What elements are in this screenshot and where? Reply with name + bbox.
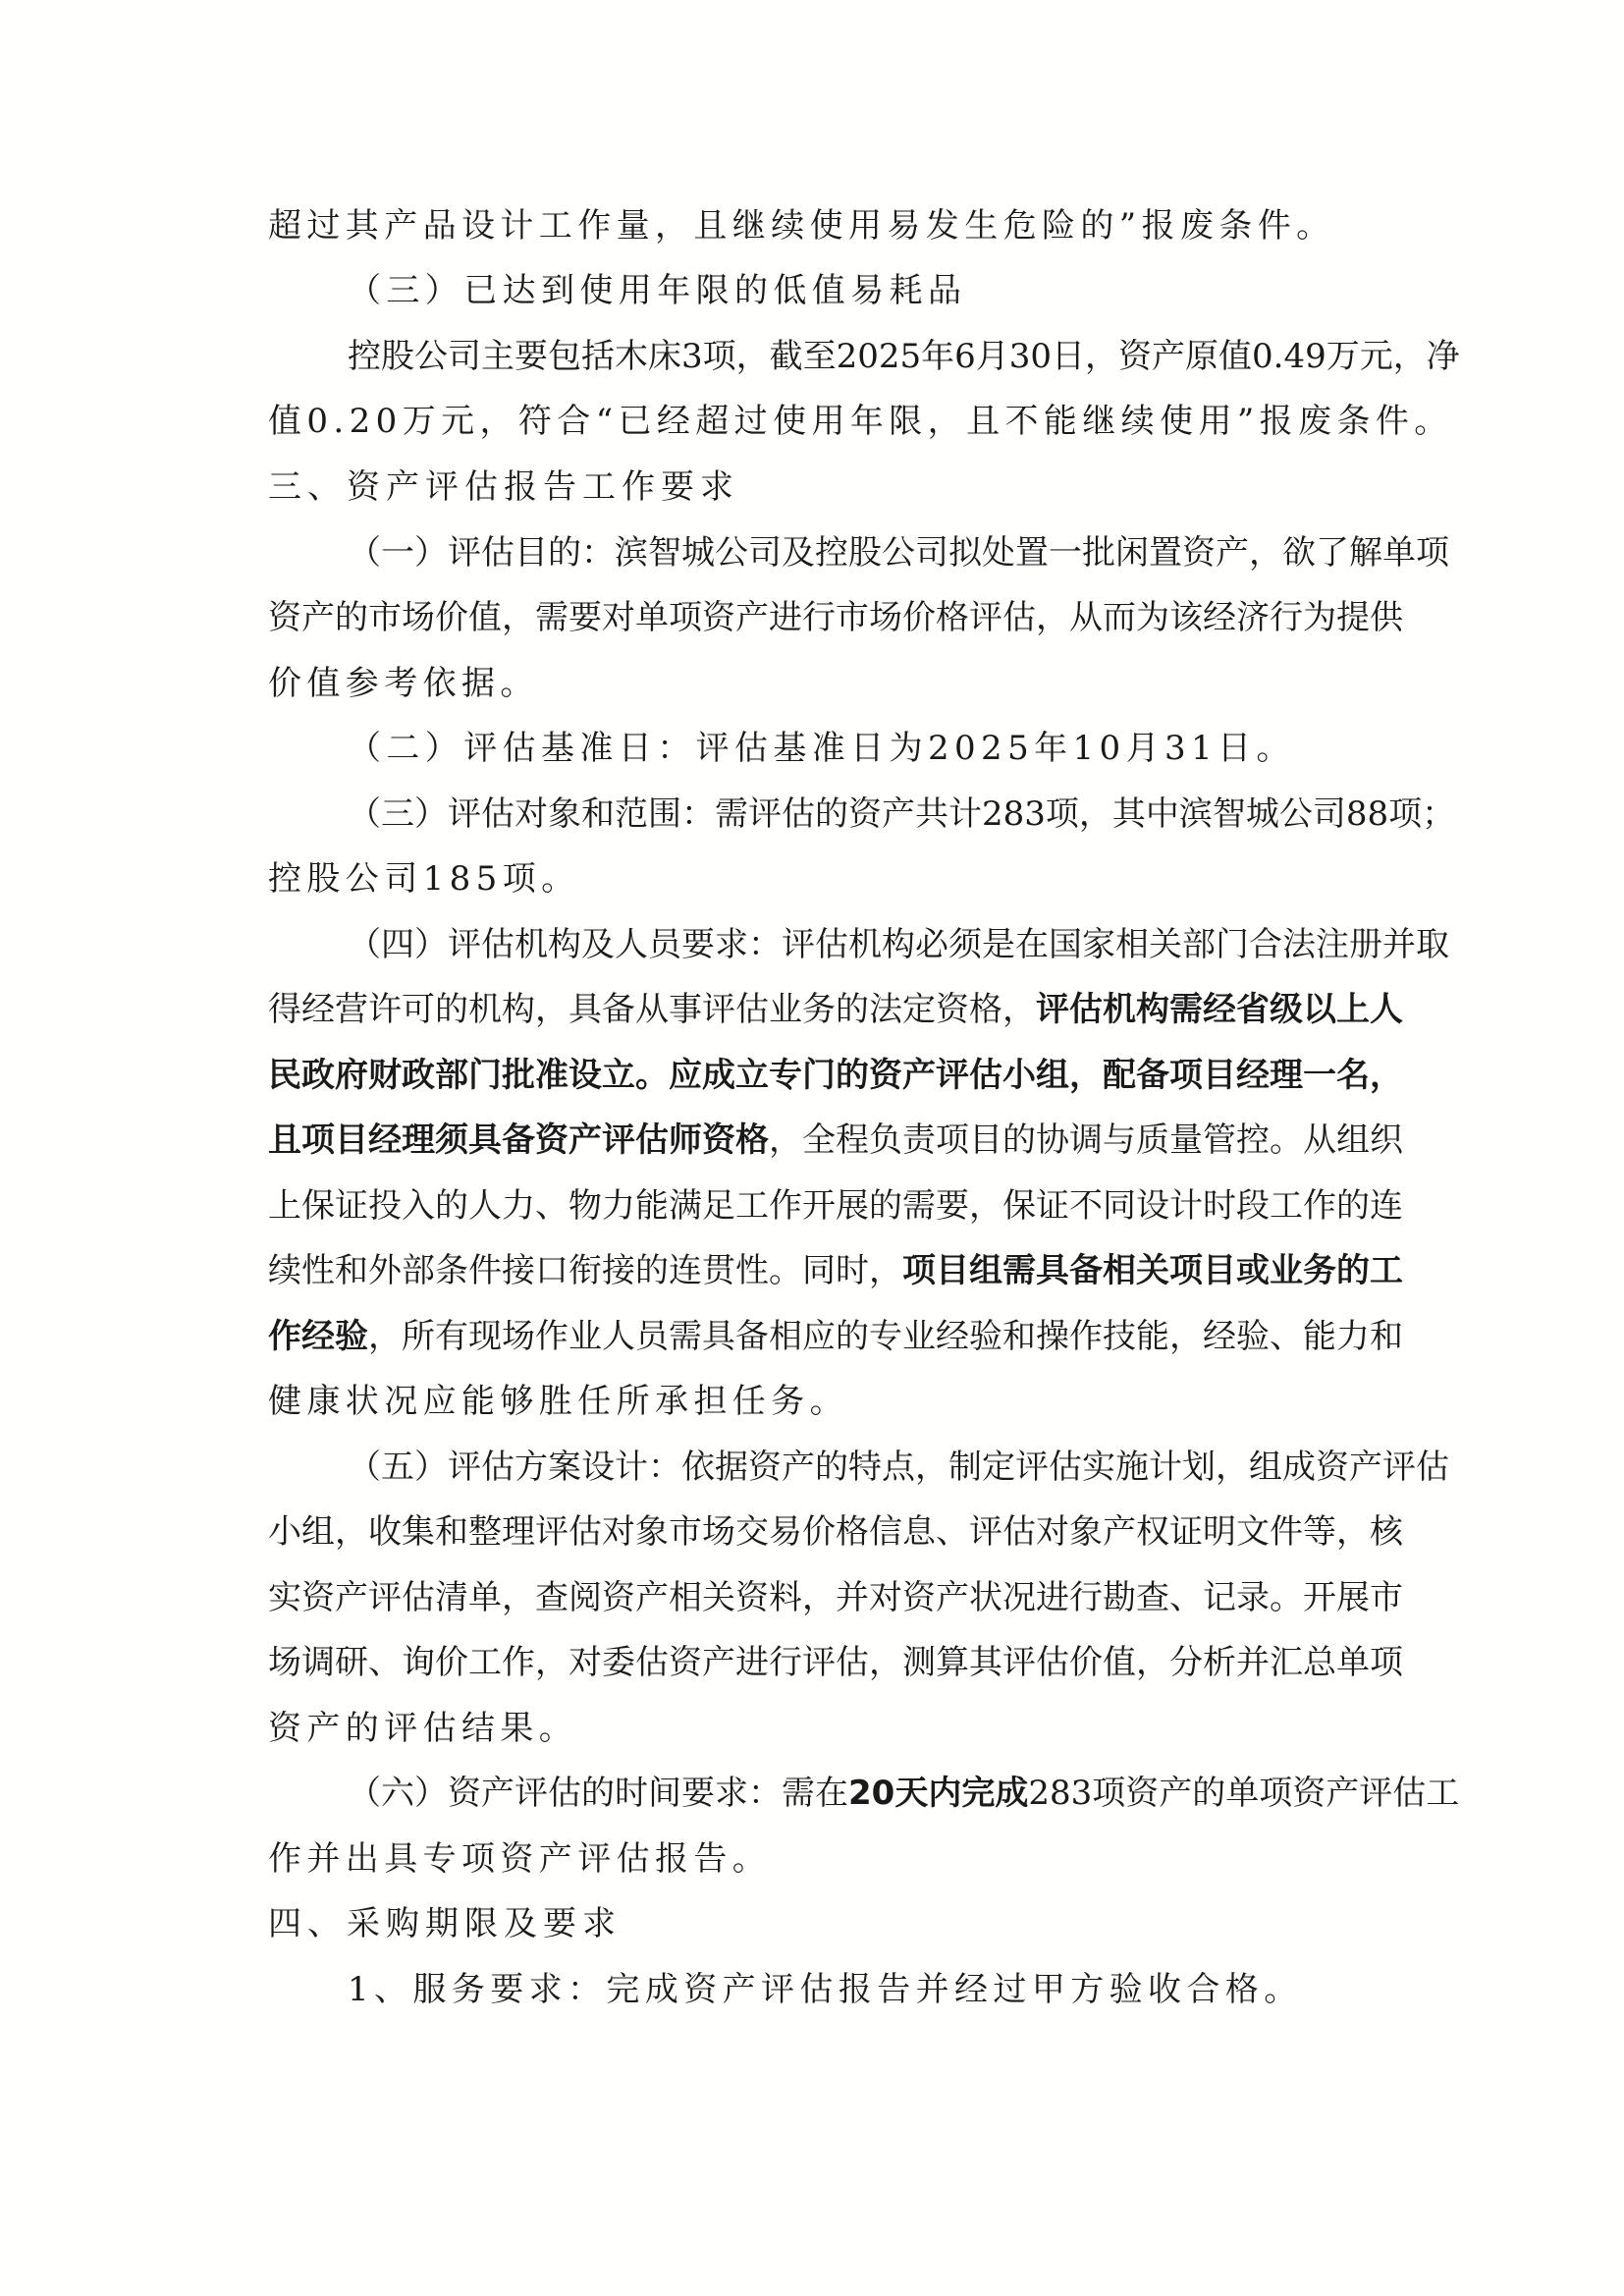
text-segment: （六）资产评估的时间要求：需在 <box>348 1774 848 1813</box>
text-segment: 资产的评估结果。 <box>268 1709 577 1748</box>
paragraph-line: 得经营许可的机构，具备从事评估业务的法定资格，评估机构需经省级以上人 <box>268 977 1389 1042</box>
text-segment: （二）评估基准日：评估基准日为2025年10月31日。 <box>348 729 1295 768</box>
section-heading: 四、采购期限及要求 <box>268 1891 1389 1956</box>
bold-text-segment: 且项目经理须具备资产评估师资格 <box>268 1121 769 1160</box>
bold-text-segment: 项目组需具备相关项目或业务的工 <box>902 1251 1403 1290</box>
paragraph-line: 民政府财政部门批准设立。应成立专门的资产评估小组，配备项目经理一名， <box>268 1043 1389 1108</box>
paragraph-line: （六）资产评估的时间要求：需在20天内完成283项资产的单项资产评估工 <box>348 1761 1389 1826</box>
paragraph-line: 健康状况应能够胜任所承担任务。 <box>268 1369 1389 1434</box>
bold-text-segment: 民政府财政部门批准设立。应成立专门的资产评估小组，配备项目经理一名， <box>268 1056 1403 1095</box>
text-segment: 上保证投入的人力、物力能满足工作开展的需要，保证不同设计时段工作的连 <box>268 1186 1403 1226</box>
text-segment: 场调研、询价工作，对委估资产进行评估，测算其评估价值，分析并汇总单项 <box>268 1643 1403 1682</box>
paragraph-line: （二）评估基准日：评估基准日为2025年10月31日。 <box>348 716 1389 781</box>
paragraph-line: 资产的评估结果。 <box>268 1696 1389 1761</box>
text-segment: 健康状况应能够胜任所承担任务。 <box>268 1382 848 1421</box>
paragraph-line: 场调研、询价工作，对委估资产进行评估，测算其评估价值，分析并汇总单项 <box>268 1630 1389 1695</box>
paragraph-line: 值0.20万元，符合“已经超过使用年限，且不能继续使用”报废条件。 <box>268 389 1389 454</box>
text-segment: 得经营许可的机构，具备从事评估业务的法定资格， <box>268 990 1036 1029</box>
text-segment: 1、服务要求：完成资产评估报告并经过甲方验收合格。 <box>348 1970 1303 2009</box>
text-segment: 283项资产的单项资产评估工 <box>1028 1774 1459 1813</box>
paragraph-line: 小组，收集和整理评估对象市场交易价格信息、评估对象产权证明文件等，核 <box>268 1500 1389 1564</box>
paragraph-line: 实资产评估清单，查阅资产相关资料，并对资产状况进行勘查、记录。开展市 <box>268 1565 1389 1630</box>
paragraph-line: 作并出具专项资产评估报告。 <box>268 1827 1389 1891</box>
text-segment: 小组，收集和整理评估对象市场交易价格信息、评估对象产权证明文件等，核 <box>268 1512 1403 1552</box>
text-segment: 四、采购期限及要求 <box>268 1904 622 1943</box>
bold-text-segment: 评估机构需经省级以上人 <box>1036 990 1403 1029</box>
bold-text-segment: 作经验 <box>268 1317 368 1356</box>
paragraph-line: （一）评估目的：滨智城公司及控股公司拟处置一批闲置资产，欲了解单项 <box>348 520 1389 585</box>
text-segment: 作并出具专项资产评估报告。 <box>268 1839 771 1879</box>
text-segment: 控股公司主要包括木床3项，截至2025年6月30日，资产原值0.49万元，净 <box>348 337 1460 376</box>
paragraph-line: （四）评估机构及人员要求：评估机构必须是在国家相关部门合法注册并取 <box>348 912 1389 977</box>
paragraph-line: 作经验，所有现场作业人员需具备相应的专业经验和操作技能，经验、能力和 <box>268 1304 1389 1369</box>
document-page: 超过其产品设计工作量，且继续使用易发生危险的”报废条件。 （三）已达到使用年限的… <box>0 0 1624 2296</box>
text-segment: 续性和外部条件接口衔接的连贯性。同时， <box>268 1251 902 1290</box>
bold-text-segment: 20天内完成 <box>848 1774 1028 1813</box>
text-segment: 值0.20万元，符合“已经超过使用年限，且不能继续使用”报废条件。 <box>268 402 1453 441</box>
paragraph-line: 控股公司185项。 <box>268 847 1389 911</box>
subsection-title: （三）已达到使用年限的低值易耗品 <box>348 258 1389 323</box>
paragraph-line: 价值参考依据。 <box>268 651 1389 716</box>
text-segment: 三、资产评估报告工作要求 <box>268 467 739 507</box>
text-segment: ，所有现场作业人员需具备相应的专业经验和操作技能，经验、能力和 <box>368 1317 1403 1356</box>
paragraph-line: （三）评估对象和范围：需评估的资产共计283项，其中滨智城公司88项； <box>348 782 1389 847</box>
text-segment: 超过其产品设计工作量，且继续使用易发生危险的”报废条件。 <box>268 206 1335 246</box>
text-segment: ，全程负责项目的协调与质量管控。从组织 <box>769 1121 1403 1160</box>
text-segment: 价值参考依据。 <box>268 664 539 703</box>
paragraph-line: （五）评估方案设计：依据资产的特点，制定评估实施计划，组成资产评估 <box>348 1435 1389 1500</box>
paragraph-line: 控股公司主要包括木床3项，截至2025年6月30日，资产原值0.49万元，净 <box>348 324 1389 389</box>
text-segment: 资产的市场价值，需要对单项资产进行市场价格评估，从而为该经济行为提供 <box>268 598 1403 637</box>
paragraph-line: 续性和外部条件接口衔接的连贯性。同时，项目组需具备相关项目或业务的工 <box>268 1238 1389 1303</box>
paragraph-line: 超过其产品设计工作量，且继续使用易发生危险的”报废条件。 <box>268 193 1389 258</box>
paragraph-line: 资产的市场价值，需要对单项资产进行市场价格评估，从而为该经济行为提供 <box>268 585 1389 650</box>
text-segment: 实资产评估清单，查阅资产相关资料，并对资产状况进行勘查、记录。开展市 <box>268 1578 1403 1617</box>
text-segment: （四）评估机构及人员要求：评估机构必须是在国家相关部门合法注册并取 <box>348 925 1449 964</box>
text-segment: （三）评估对象和范围：需评估的资产共计283项，其中滨智城公司88项； <box>348 794 1455 834</box>
section-heading: 三、资产评估报告工作要求 <box>268 455 1389 519</box>
paragraph-line: 上保证投入的人力、物力能满足工作开展的需要，保证不同设计时段工作的连 <box>268 1174 1389 1238</box>
text-segment: 控股公司185项。 <box>268 859 580 899</box>
paragraph-line: 且项目经理须具备资产评估师资格，全程负责项目的协调与质量管控。从组织 <box>268 1108 1389 1173</box>
text-segment: （一）评估目的：滨智城公司及控股公司拟处置一批闲置资产，欲了解单项 <box>348 533 1449 573</box>
text-segment: （三）已达到使用年限的低值易耗品 <box>348 271 966 310</box>
text-segment: （五）评估方案设计：依据资产的特点，制定评估实施计划，组成资产评估 <box>348 1448 1449 1487</box>
paragraph-line: 1、服务要求：完成资产评估报告并经过甲方验收合格。 <box>348 1957 1389 2022</box>
